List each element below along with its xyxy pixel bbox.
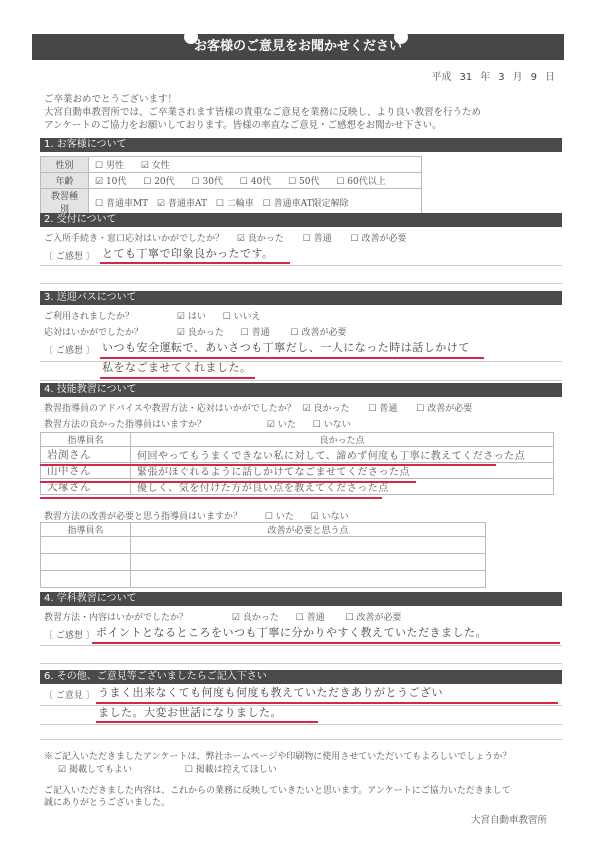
checkbox-at-limit-removal[interactable]: ☐ 普通車AT限定解除: [263, 199, 349, 209]
instructor-name[interactable]: 岩渕さん: [41, 447, 131, 463]
checkbox-age-50s[interactable]: ☐ 50代: [288, 177, 319, 187]
punch-hole-right: [394, 30, 408, 44]
good-point[interactable]: 何回やってもうまくできない私に対して、諦めず何度も丁寧に教えてくださった点: [131, 447, 554, 463]
checkbox-age-30s[interactable]: ☐ 30代: [192, 177, 223, 187]
bus-comment-label: 〔 ご感想 〕: [44, 343, 95, 356]
checkbox-skill-improve[interactable]: ☐ 改善が必要: [416, 404, 472, 414]
improve-instructor-question: 教習方法の改善が必要と思う指導員はいますか？ ☐ いた ☑ いない: [44, 509, 349, 522]
divider: [40, 265, 562, 266]
checkbox-bus-normal[interactable]: ☐ 普通: [241, 328, 270, 338]
underline: [40, 464, 496, 466]
instructor-name[interactable]: [41, 554, 131, 571]
improve-point[interactable]: [131, 554, 486, 571]
checkbox-age-20s[interactable]: ☐ 20代: [143, 177, 174, 187]
other-comment-line-1[interactable]: うまく出来なくても何度も何度も教えていただきありがとうござい: [98, 684, 443, 700]
table-row: [41, 571, 486, 588]
form-title: お客様のご意見をお聞かせください: [194, 39, 402, 54]
instructor-name[interactable]: [41, 537, 131, 554]
instructor-name-header: 指導員名: [41, 523, 131, 537]
reception-comment[interactable]: とても丁寧で印象良かったです。: [102, 245, 274, 261]
publish-options: ☑ 掲載してもよい ☐ 掲載は控えてほしい: [58, 764, 277, 776]
thanks-line: 誠にありがとうございました。: [44, 797, 511, 809]
checkbox-bus-improve[interactable]: ☐ 改善が必要: [291, 328, 347, 338]
checkbox-age-40s[interactable]: ☐ 40代: [240, 177, 271, 187]
bus-service-question: 応対はいかがでしたか？ ☑ 良かった ☐ 普通 ☐ 改善が必要: [44, 325, 346, 338]
intro-text: ご卒業おめでとうございます！ 大宮自動車教習所では、ご卒業されます皆様の貴重なご…: [44, 93, 481, 132]
underline: [40, 497, 382, 499]
checkbox-at[interactable]: ☑ 普通車AT: [157, 199, 207, 209]
checkbox-publish-decline[interactable]: ☐ 掲載は控えてほしい: [185, 765, 277, 775]
skill-advice-question: 教習指導員のアドバイスや教習方法・応対はいかがでしたか？ ☑ 良かった ☐ 普通…: [44, 401, 472, 414]
good-instructor-question: 教習方法の良かった指導員はいますか？ ☑ いた ☐ いない: [44, 417, 351, 430]
section-4-header: 4. 技能教習について: [40, 383, 562, 397]
gender-label: 性別: [41, 157, 89, 173]
table-row: [41, 554, 486, 571]
divider: [40, 739, 562, 740]
checkbox-publish-ok[interactable]: ☑ 掲載してもよい: [58, 765, 132, 775]
date-year[interactable]: 31: [460, 72, 473, 83]
improve-point[interactable]: [131, 537, 486, 554]
instructor-name[interactable]: [41, 571, 131, 588]
section-1-header: 1. お客様について: [40, 138, 562, 152]
school-name: 大宮自動車教習所: [471, 812, 547, 826]
customer-info-table: 性別 ☐ 男性 ☑ 女性 年齢 ☑ 10代 ☐ 20代 ☐ 30代 ☐ 40代 …: [40, 156, 422, 216]
bus-comment-line-2[interactable]: 私をなごませてくれました。: [102, 359, 252, 375]
improve-point[interactable]: [131, 571, 486, 588]
classroom-comment-label: 〔 ご感想 〕: [44, 628, 95, 641]
checkbox-male[interactable]: ☐ 男性: [95, 161, 124, 171]
underline: [40, 481, 416, 483]
underline: [96, 721, 318, 723]
reception-question: ご入所手続き・窓口応対はいかがでしたか？ ☑ 良かった ☐ 普通 ☐ 改善が必要: [44, 231, 407, 244]
publish-permission-question: ※ご記入いただきましたアンケートは、弊社ホームページや印刷物に使用させていただい…: [44, 751, 511, 763]
thanks-line: ご記入いただきました内容は、これからの業務に反映していきたいと思います。アンケー…: [44, 785, 511, 797]
checkbox-age-60s-plus[interactable]: ☐ 60代以上: [336, 177, 385, 187]
classroom-comment[interactable]: ポイントとなるところをいつも丁寧に分かりやすく教えていただきました。: [96, 624, 487, 640]
checkbox-classroom-normal[interactable]: ☐ 普通: [296, 613, 325, 623]
age-row: 年齢 ☑ 10代 ☐ 20代 ☐ 30代 ☐ 40代 ☐ 50代 ☐ 60代以上: [41, 173, 422, 189]
date-day-unit: 日: [545, 72, 555, 83]
checkbox-motorcycle[interactable]: ☐ 二輪車: [216, 199, 254, 209]
date-era: 平成: [432, 72, 452, 83]
course-type-options: ☐ 普通車MT ☑ 普通車AT ☐ 二輪車 ☐ 普通車AT限定解除: [89, 189, 422, 216]
course-type-row: 教習種別 ☐ 普通車MT ☑ 普通車AT ☐ 二輪車 ☐ 普通車AT限定解除: [41, 189, 422, 216]
checkbox-classroom-improve[interactable]: ☐ 改善が必要: [346, 613, 402, 623]
underline: [100, 377, 255, 379]
bus-used-question: ご利用されましたか？ ☑ はい ☐ いいえ: [44, 309, 261, 322]
underline: [100, 262, 290, 264]
checkbox-female[interactable]: ☑ 女性: [141, 161, 170, 171]
improve-points-header: 改善が必要と思う点: [131, 523, 486, 537]
improve-instructor-table: 指導員名 改善が必要と思う点: [40, 522, 486, 588]
checkbox-classroom-good[interactable]: ☑ 良かった: [232, 613, 279, 623]
checkbox-skill-good[interactable]: ☑ 良かった: [303, 404, 350, 414]
divider: [40, 283, 562, 284]
form-title-bar: お客様のご意見をお聞かせください: [32, 34, 564, 60]
underline: [92, 642, 560, 644]
checkbox-bus-good[interactable]: ☑ 良かった: [177, 328, 224, 338]
course-type-label: 教習種別: [41, 189, 89, 216]
divider: [40, 380, 562, 381]
good-points-header: 良かった点: [131, 433, 554, 447]
checkbox-reception-good[interactable]: ☑ 良かった: [237, 234, 284, 244]
bus-comment-line-1[interactable]: いつも安全運転で、あいさつも丁寧だし、一人になった時は話しかけて: [102, 339, 470, 355]
checkbox-bus-no[interactable]: ☐ いいえ: [223, 312, 261, 322]
table-row: 岩渕さん 何回やってもうまくできない私に対して、諦めず何度も丁寧に教えてくださっ…: [41, 447, 554, 463]
gender-row: 性別 ☐ 男性 ☑ 女性: [41, 157, 422, 173]
intro-line: 大宮自動車教習所では、ご卒業されます皆様の貴重なご意見を業務に反映し、より良い教…: [44, 106, 481, 119]
age-options: ☑ 10代 ☐ 20代 ☐ 30代 ☐ 40代 ☐ 50代 ☐ 60代以上: [89, 173, 422, 189]
divider: [40, 724, 562, 725]
checkbox-reception-improve[interactable]: ☐ 改善が必要: [351, 234, 407, 244]
checkbox-bus-yes[interactable]: ☑ はい: [177, 312, 206, 322]
intro-line: ご卒業おめでとうございます！: [44, 93, 481, 106]
divider: [40, 645, 562, 646]
gender-options: ☐ 男性 ☑ 女性: [89, 157, 422, 173]
date-month-unit: 月: [513, 72, 523, 83]
checkbox-good-instructor-yes[interactable]: ☑ いた: [267, 420, 296, 430]
date-field: 平成31年3月9日: [432, 68, 555, 83]
date-month[interactable]: 3: [498, 72, 504, 83]
table-row: [41, 537, 486, 554]
checkbox-good-instructor-no[interactable]: ☐ いない: [313, 420, 351, 430]
checkbox-improve-instructor-no[interactable]: ☑ いない: [311, 512, 349, 522]
section-5-header: 4. 学科教習について: [40, 592, 562, 606]
date-day[interactable]: 9: [531, 72, 537, 83]
punch-hole-left: [184, 30, 198, 44]
other-comment-label: 〔 ご意見 〕: [44, 688, 95, 701]
checkbox-reception-normal[interactable]: ☐ 普通: [303, 234, 332, 244]
thanks-text: ご記入いただきました内容は、これからの業務に反映していきたいと思います。アンケー…: [44, 785, 511, 809]
instructor-name-header: 指導員名: [41, 433, 131, 447]
checkbox-age-10s[interactable]: ☑ 10代: [95, 177, 126, 187]
checkbox-mt[interactable]: ☐ 普通車MT: [95, 199, 148, 209]
other-comment-line-2[interactable]: ました。大変お世話になりました。: [98, 704, 282, 720]
section-3-header: 3. 送迎バスについて: [40, 291, 562, 305]
section-2-header: 2. 受付について: [40, 213, 562, 227]
checkbox-improve-instructor-yes[interactable]: ☐ いた: [265, 512, 294, 522]
intro-line: アンケートのご協力をお願いしております。皆様の率直なご意見・ご感想をお聞かせ下さ…: [44, 119, 481, 132]
checkbox-skill-normal[interactable]: ☐ 普通: [368, 404, 397, 414]
reception-comment-label: 〔 ご感想 〕: [44, 249, 95, 262]
classroom-question: 教習方法・内容はいかがでしたか？ ☑ 良かった ☐ 普通 ☐ 改善が必要: [44, 610, 401, 623]
date-year-unit: 年: [480, 72, 490, 83]
section-6-header: 6. その他、ご意見等ございましたらご記入下さい: [40, 670, 562, 684]
age-label: 年齢: [41, 173, 89, 189]
divider: [40, 663, 562, 664]
